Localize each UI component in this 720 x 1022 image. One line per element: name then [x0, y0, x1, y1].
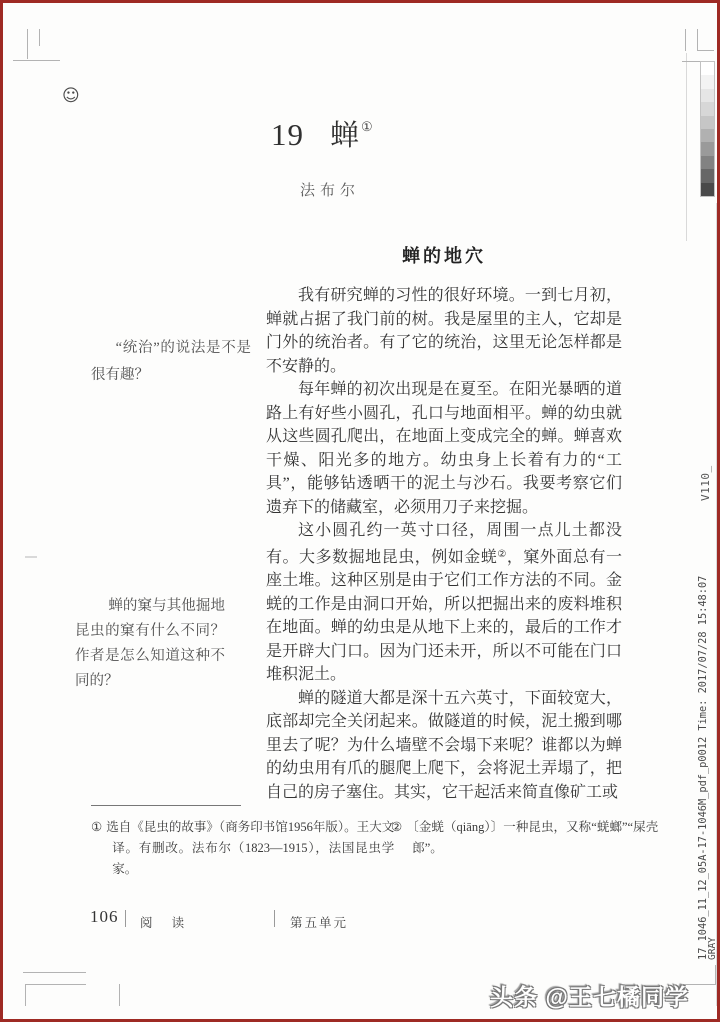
lesson-title-block: 19蝉①: [271, 113, 373, 154]
registration-mark: [25, 984, 26, 1006]
footnote-ref: ②: [497, 549, 507, 560]
footnote-divider: [91, 805, 241, 806]
author-name: 法布尔: [300, 179, 360, 200]
grayscale-step: [701, 142, 714, 155]
registration-mark: [715, 965, 716, 984]
paragraph: 蝉的隧道大都是深十五六英寸，下面较宽大，底部却完全关闭起来。做隧道的时候，泥土搬…: [266, 687, 622, 805]
grayscale-step: [701, 62, 714, 75]
footer-section-label: 阅 读: [140, 913, 192, 931]
registration-mark: [13, 60, 60, 61]
section-heading: 蝉的地穴: [266, 242, 622, 268]
body-text: 我有研究蝉的习性的很好环境。一到七月初，蝉就占据了我门前的树。我是屋里的主人，它…: [266, 284, 622, 804]
registration-mark: [27, 29, 28, 59]
grayscale-step: [701, 75, 714, 88]
scan-print-info: 17_1046_11_12_05A-17-1046M_pdf_p0012 Tim…: [697, 576, 709, 960]
footer-divider: [125, 910, 126, 927]
lesson-title: 蝉: [330, 120, 359, 152]
grayscale-strip: [700, 61, 715, 197]
lesson-number: 19: [271, 117, 304, 152]
registration-mark: [697, 50, 714, 51]
registration-mark: [25, 556, 37, 558]
grayscale-step: [701, 89, 714, 102]
page-number: 106: [90, 907, 119, 927]
scan-side-code: V110_: [699, 465, 712, 501]
registration-mark: [685, 29, 686, 51]
scan-gray-label: GRAY: [707, 937, 718, 960]
footnote: ②〔金蜣（qiāng）〕一种昆虫，又称“蜣螂”“屎壳郎”。: [391, 817, 658, 859]
footnote-marker: ①: [91, 820, 102, 834]
registration-mark: [39, 29, 40, 46]
registration-mark: [25, 984, 86, 985]
textbook-page: ☺ 19蝉① 法布尔 蝉的地穴 我有研究蝉的习性的很好环境。一到七月初，蝉就占据…: [0, 0, 720, 1022]
footnote-text: 选自《昆虫的故事》（商务印书馆1956年版）。王大文译。有删改。法布尔（1823…: [106, 820, 394, 876]
grayscale-step: [701, 169, 714, 182]
paragraph: 每年蝉的初次出现是在夏至。在阳光暴晒的道路上有好些小圆孔，孔口与地面相平。蝉的幼…: [266, 378, 622, 519]
registration-mark: [697, 29, 698, 51]
grayscale-step: [701, 116, 714, 129]
registration-mark: [119, 984, 120, 1006]
footnote: ①选自《昆虫的故事》（商务印书馆1956年版）。王大文译。有删改。法布尔（182…: [91, 817, 394, 880]
registration-mark: [23, 972, 86, 973]
grayscale-step: [701, 156, 714, 169]
title-footnote-ref: ①: [361, 119, 373, 134]
grayscale-step: [701, 102, 714, 115]
watermark: 头条 @王七橘同学: [490, 979, 689, 1012]
margin-note: “统治”的说法是不是很有趣？: [91, 335, 251, 389]
scan-line: [716, 203, 717, 1006]
registration-mark: [682, 61, 700, 62]
paragraph: 我有研究蝉的习性的很好环境。一到七月初，蝉就占据了我门前的树。我是屋里的主人，它…: [266, 284, 622, 378]
margin-note: 蝉的窠与其他掘地昆虫的窠有什么不同？作者是怎么知道这种不同的？: [75, 594, 225, 694]
paragraph: 这小圆孔约一英寸口径，周围一点儿土都没有。大多数掘地昆虫，例如金蜣②，窠外面总有…: [266, 519, 622, 687]
footer-divider: [274, 910, 275, 927]
grayscale-step: [701, 183, 714, 196]
footer-unit-label: 第五单元: [290, 913, 348, 931]
scan-line: [686, 53, 687, 241]
grayscale-step: [701, 129, 714, 142]
footnote-text: 〔金蜣（qiāng）〕一种昆虫，又称“蜣螂”“屎壳郎”。: [406, 820, 658, 855]
footnote-marker: ②: [391, 820, 402, 834]
smiley-icon: ☺: [62, 88, 80, 105]
